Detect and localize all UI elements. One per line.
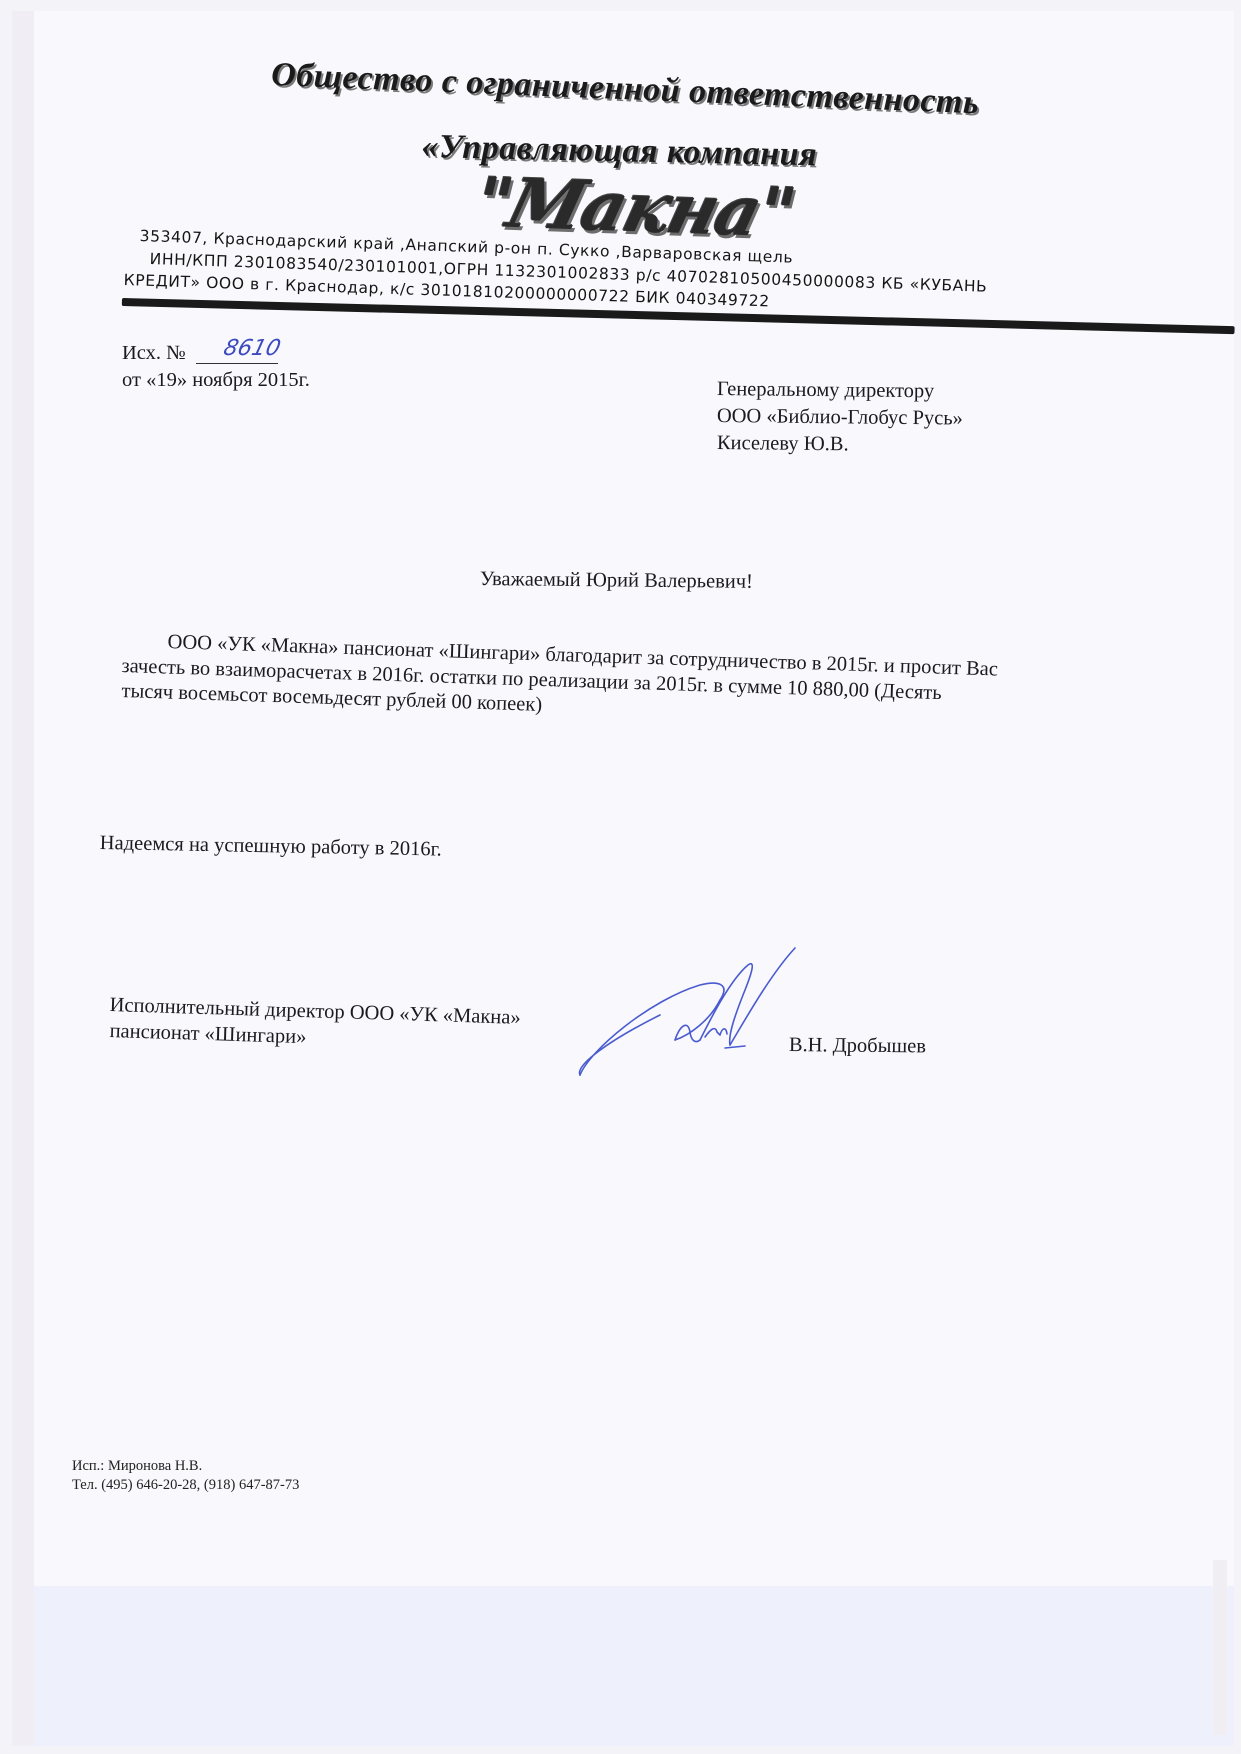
- addressee-position: Генеральному директору: [717, 378, 935, 403]
- scan-tint: [34, 1586, 1234, 1746]
- executor-name: Исп.: Миронова Н.В.: [72, 1458, 202, 1475]
- outgoing-ref-label: Исх. №: [122, 342, 186, 365]
- scan-edge: [1213, 1560, 1227, 1735]
- letter-date: от «19» ноября 2015г.: [122, 369, 310, 392]
- handwritten-signature-icon: [570, 940, 820, 1080]
- outgoing-ref-number-handwritten: 8610: [221, 336, 283, 361]
- ref-number-underline: [196, 363, 278, 364]
- signatory-name: В.Н. Дробышев: [789, 1034, 926, 1058]
- executor-phones: Тел. (495) 646-20-28, (918) 647-87-73: [72, 1477, 299, 1494]
- salutation: Уважаемый Юрий Валерьевич!: [480, 568, 753, 594]
- addressee-company: ООО «Библио-Глобус Русь»: [717, 405, 963, 431]
- addressee-name: Киселеву Ю.В.: [717, 432, 849, 456]
